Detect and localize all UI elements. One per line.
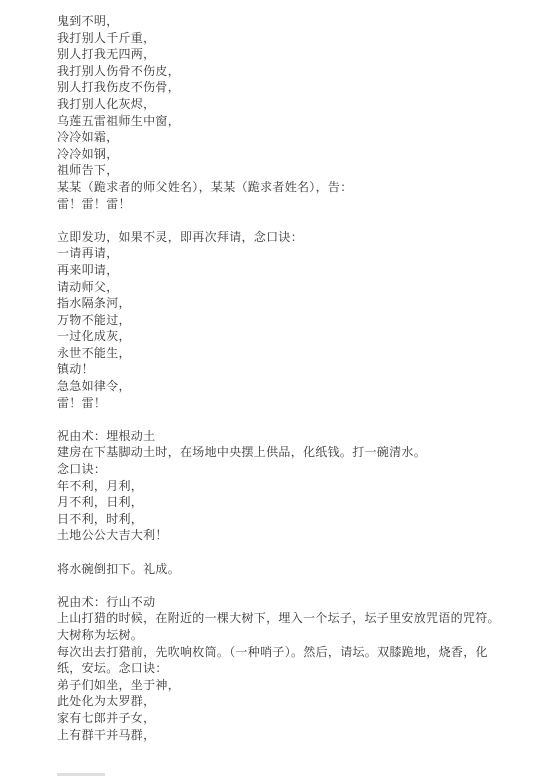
text-line: 年不利，月利， [57, 478, 539, 495]
text-line: 指水隔条河， [57, 295, 539, 312]
text-line: 大树称为坛树。 [57, 627, 539, 644]
text-line: 建房在下基脚动土时，在场地中央摆上供品，化纸钱。打一碗清水。 [57, 444, 539, 461]
text-line: 某某（跪求者的师父姓名），某某（跪求者姓名），告： [57, 179, 539, 196]
cutoff-text-artifact [57, 773, 105, 776]
text-line: 雷！雷！雷！ [57, 196, 539, 213]
text-line: 日不利，时利， [57, 511, 539, 528]
text-line: 一过化成灰， [57, 328, 539, 345]
text-line: 一请再请， [57, 245, 539, 262]
text-line: 弟子们如坐，坐于神， [57, 677, 539, 694]
text-line: 永世不能生， [57, 345, 539, 362]
text-line: 鬼到不明， [57, 13, 539, 30]
text-line: 我打别人化灰烬， [57, 96, 539, 113]
text-line: 请动师父， [57, 279, 539, 296]
text-line: 立即发功，如果不灵，即再次拜请，念口诀： [57, 229, 539, 246]
blank-line [57, 411, 539, 428]
text-line: 祖师告下， [57, 162, 539, 179]
text-line: 急急如律令， [57, 378, 539, 395]
text-line: 土地公公大吉大利！ [57, 527, 539, 544]
text-line: 再来叩请， [57, 262, 539, 279]
text-line: 冷冷如霜， [57, 129, 539, 146]
text-line: 镇动！ [57, 361, 539, 378]
text-line: 乌莲五雷祖师生中窗， [57, 113, 539, 130]
text-line: 上山打猎的时候，在附近的一棵大树下，埋入一个坛子，坛子里安放咒语的咒符。 [57, 610, 539, 627]
blank-line [57, 577, 539, 594]
text-line: 将水碗倒扣下。礼成。 [57, 561, 539, 578]
text-line: 我打别人伤骨不伤皮， [57, 63, 539, 80]
text-line: 每次出去打猎前，先吹响枚筒。（一种哨子）。然后，请坛。双膝跪地，烧香，化 [57, 644, 539, 661]
text-line: 万物不能过， [57, 312, 539, 329]
text-line: 冷冷如钢， [57, 146, 539, 163]
section-title: 祝由术：行山不动 [57, 594, 539, 611]
blank-line [57, 544, 539, 561]
text-line: 念口诀： [57, 461, 539, 478]
blank-line [57, 212, 539, 229]
text-line: 雷！雷！ [57, 395, 539, 412]
text-line: 上有群干并马群， [57, 727, 539, 744]
document-page: 鬼到不明， 我打别人千斤重， 别人打我无四两， 我打别人伤骨不伤皮， 别人打我伤… [57, 13, 539, 743]
text-line: 我打别人千斤重， [57, 30, 539, 47]
text-line: 别人打我伤皮不伤骨， [57, 79, 539, 96]
section-title: 祝由术：埋根动土 [57, 428, 539, 445]
text-line: 家有七郎并子女， [57, 710, 539, 727]
text-line: 此处化为太罗群， [57, 693, 539, 710]
text-line: 别人打我无四两， [57, 46, 539, 63]
text-line: 月不利，日利， [57, 494, 539, 511]
text-line: 纸，安坛。念口诀： [57, 660, 539, 677]
